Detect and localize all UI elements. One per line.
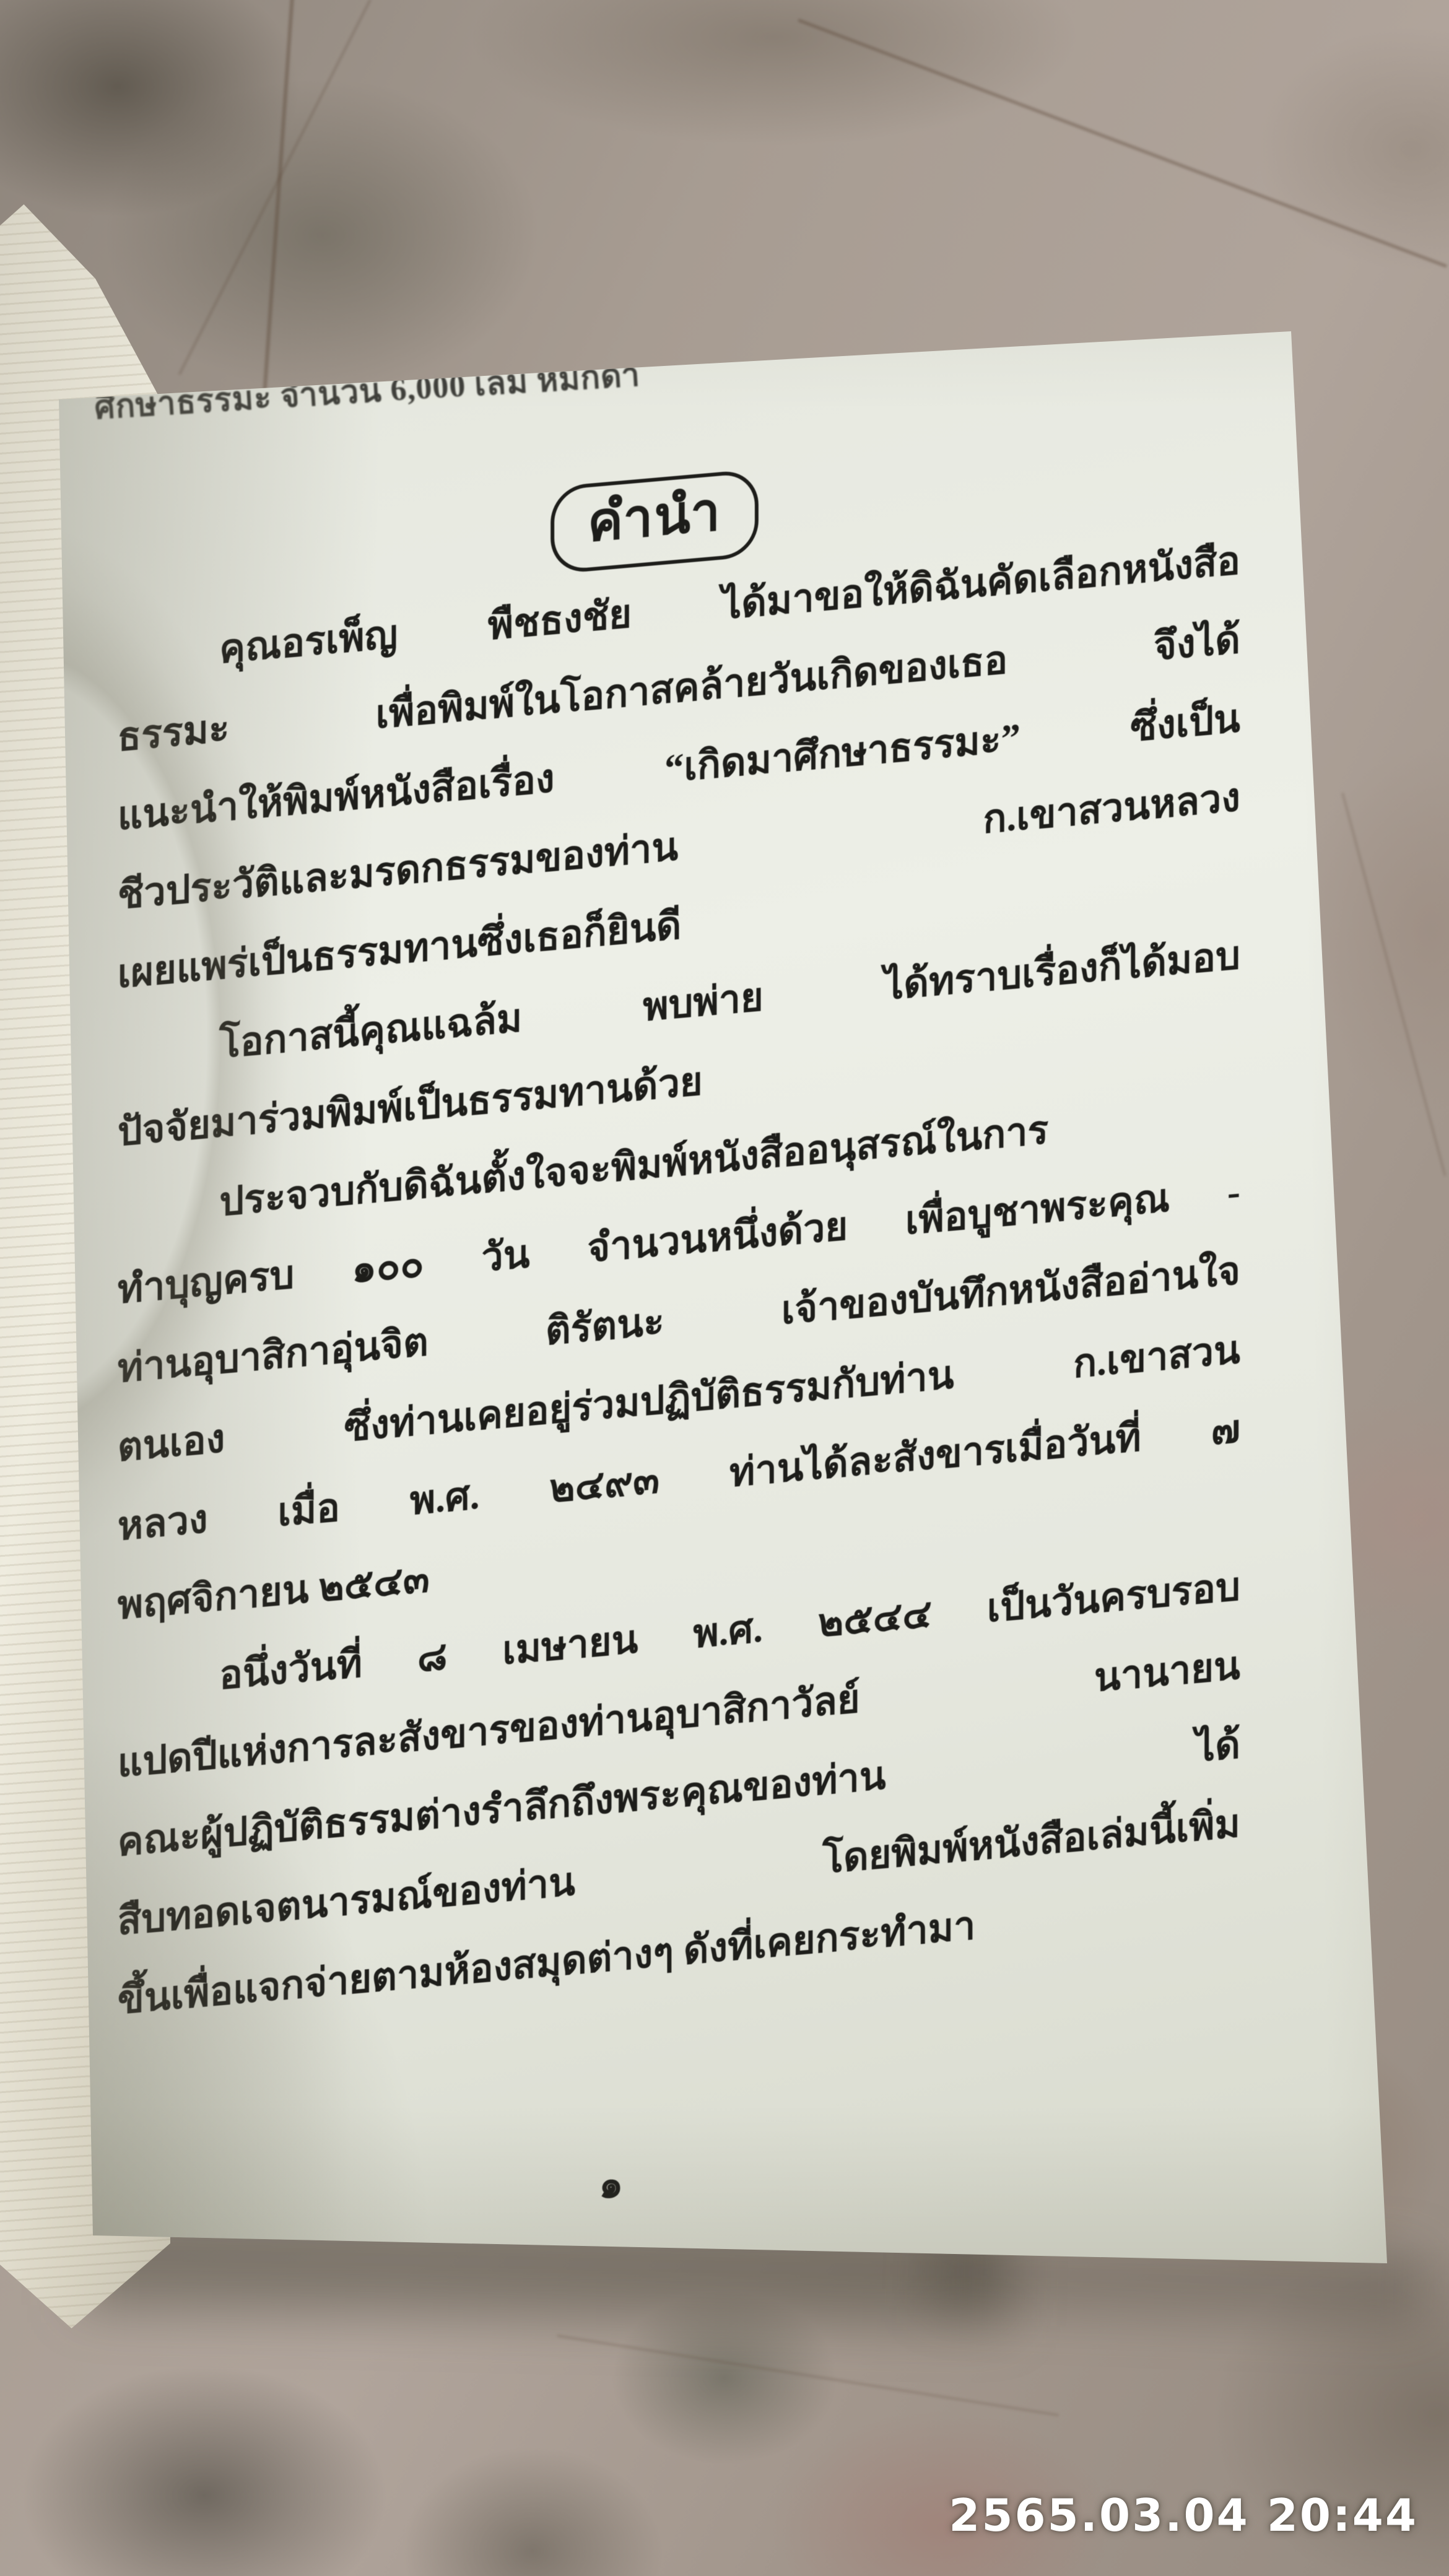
camera-timestamp: 2565.03.04 20:44 xyxy=(949,2489,1418,2541)
page-title: คำนำ xyxy=(588,482,721,552)
title-box: คำนำ xyxy=(550,469,759,574)
preface-text-block: คำนำ คุณอรเพ็ญ พืชธงชัย ได้มาขอให้ดิฉันค… xyxy=(93,269,1265,2298)
book-page: ศึกษาธรรมะ จำนวน 6,000 เล่ม หมึกดำ คำนำ … xyxy=(37,266,1430,2310)
